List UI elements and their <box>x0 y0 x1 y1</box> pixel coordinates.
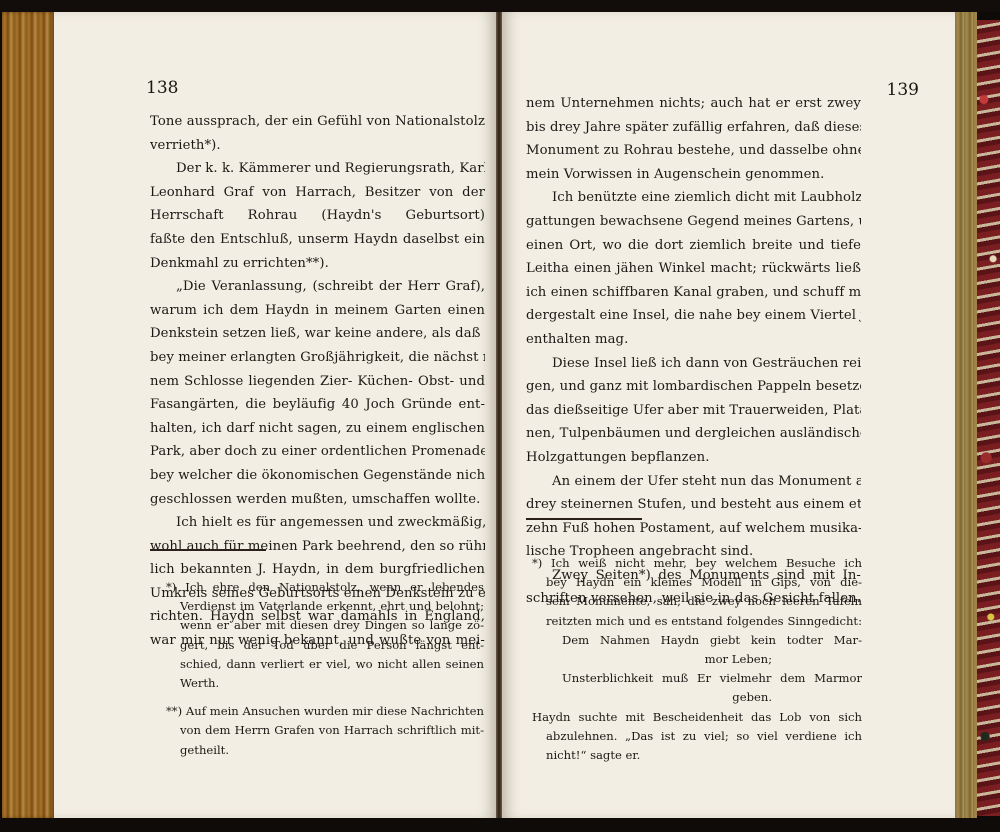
text-line: wohl auch für meinen Park beehrend, den … <box>150 535 485 559</box>
footnote-rule <box>526 518 642 520</box>
right-page: 139 nem Unternehmen nichts; auch hat er … <box>502 12 955 818</box>
text-line: nen, Tulpenbäumen und dergleichen auslän… <box>526 422 861 446</box>
marbled-cover-edge <box>977 20 1000 816</box>
text-line: nem Unternehmen nichts; auch hat er erst… <box>526 92 861 116</box>
right-page-edges <box>955 12 977 818</box>
footnote-line: Verdienst im Vaterlande erkennt, ehrt un… <box>166 597 484 616</box>
text-line: Park, aber doch zu einer ordentlichen Pr… <box>150 440 485 464</box>
text-line: Tone aussprach, der ein Gefühl von Natio… <box>150 110 485 134</box>
text-line: gen, und ganz mit lombardischen Pappeln … <box>526 375 861 399</box>
left-page: 138 Tone aussprach, der ein Gefühl von N… <box>54 12 496 818</box>
poem-line: Dem Nahmen Haydn giebt kein todter Mar- <box>532 631 862 650</box>
footnote-line: reitzten mich und es entstand folgendes … <box>532 612 862 631</box>
text-line: „Die Veranlassung, (schreibt der Herr Gr… <box>150 275 485 299</box>
right-footnotes: *) Ich weiß nicht mehr, bey welchem Besu… <box>532 554 862 774</box>
bottom-shadow <box>0 818 1000 832</box>
text-line: Herrschaft Rohrau (Haydn's Geburtsort) <box>150 204 485 228</box>
footnote-line: gert, bis der Tod über die Person längst… <box>166 636 484 655</box>
text-line: Denkstein setzen ließ, war keine andere,… <box>150 322 485 346</box>
text-line: geschlossen werden mußten, umschaffen wo… <box>150 488 485 512</box>
footnote-line: bey Haydn ein kleines Modell in Gips, vo… <box>532 573 862 592</box>
footnote: *) Ich weiß nicht mehr, bey welchem Besu… <box>532 554 862 765</box>
text-line: Holzgattungen bepflanzen. <box>526 446 861 470</box>
text-line: An einem der Ufer steht nun das Monument… <box>526 470 861 494</box>
left-footnotes: *) Ich ehre den Nationalstolz, wenn er l… <box>166 578 484 769</box>
text-line: bis drey Jahre später zufällig erfahren,… <box>526 116 861 140</box>
text-line: mein Vorwissen in Augenschein genommen. <box>526 163 861 187</box>
text-line: einen Ort, wo die dort ziemlich breite u… <box>526 234 861 258</box>
footnote-rule <box>150 549 266 551</box>
text-line: ich einen schiffbaren Kanal graben, und … <box>526 281 861 305</box>
footnote-line: *) Ich weiß nicht mehr, bey welchem Besu… <box>532 554 862 573</box>
footnote-line: Haydn suchte mit Bescheidenheit das Lob … <box>532 708 862 727</box>
footnote-line: schied, dann verliert er viel, wo nicht … <box>166 655 484 674</box>
text-line: Ich hielt es für angemessen und zweckmäß… <box>150 511 485 535</box>
text-line: das dießseitige Ufer aber mit Trauerweid… <box>526 399 861 423</box>
text-line: Monument zu Rohrau bestehe, und dasselbe… <box>526 139 861 163</box>
text-line: Leitha einen jähen Winkel macht; rückwär… <box>526 257 861 281</box>
text-line: bey welcher die ökonomischen Gegenstände… <box>150 464 485 488</box>
open-book: 138 Tone aussprach, der ein Gefühl von N… <box>0 0 1000 832</box>
footnote-line: wenn er aber mit diesen drey Dingen so l… <box>166 616 484 635</box>
footnote-line: sem Monumente, sah; die zwey noch leeren… <box>532 592 862 611</box>
text-line: Denkmahl zu errichten**). <box>150 252 485 276</box>
text-line: dergestalt eine Insel, die nahe bey eine… <box>526 304 861 328</box>
footnote-line: **) Auf mein Ansuchen wurden mir diese N… <box>166 702 484 721</box>
footnote-line: getheilt. <box>166 741 484 760</box>
text-line: nem Schlosse liegenden Zier- Küchen- Obs… <box>150 370 485 394</box>
text-line: Der k. k. Kämmerer und Regierungsrath, K… <box>150 157 485 181</box>
footnote-line: Werth. <box>166 674 484 693</box>
footnote: **) Auf mein Ansuchen wurden mir diese N… <box>166 702 484 760</box>
text-line: Leonhard Graf von Harrach, Besitzer von … <box>150 181 485 205</box>
text-line: gattungen bewachsene Gegend meines Garte… <box>526 210 861 234</box>
text-line: halten, ich darf nicht sagen, zu einem e… <box>150 417 485 441</box>
text-line: Ich benützte eine ziemlich dicht mit Lau… <box>526 186 861 210</box>
right-page-body: nem Unternehmen nichts; auch hat er erst… <box>526 92 861 611</box>
text-line: Diese Insel ließ ich dann von Gesträuche… <box>526 352 861 376</box>
footnote-line: von dem Herrn Grafen von Harrach schrift… <box>166 721 484 740</box>
left-cover-edge <box>2 12 54 818</box>
text-line: bey meiner erlangten Großjährigkeit, die… <box>150 346 485 370</box>
text-line: faßte den Entschluß, unserm Haydn daselb… <box>150 228 485 252</box>
footnote: *) Ich ehre den Nationalstolz, wenn er l… <box>166 578 484 693</box>
footnote-line: abzulehnen. „Das ist zu viel; so viel ve… <box>532 727 862 746</box>
text-line: Fasangärten, die beyläufig 40 Joch Gründ… <box>150 393 485 417</box>
left-page-body: Tone aussprach, der ein Gefühl von Natio… <box>150 110 485 653</box>
footnote-line: nicht!“ sagte er. <box>532 746 862 765</box>
text-line: drey steinernen Stufen, und besteht aus … <box>526 493 861 517</box>
text-line: warum ich dem Haydn in meinem Garten ein… <box>150 299 485 323</box>
top-shadow <box>0 0 1000 12</box>
text-line: enthalten mag. <box>526 328 861 352</box>
page-number-left: 138 <box>146 78 178 98</box>
text-line: verrieth*). <box>150 134 485 158</box>
text-line: zehn Fuß hohen Postament, auf welchem mu… <box>526 517 861 541</box>
poem-line: geben. <box>532 688 862 707</box>
poem-line: Unsterblichkeit muß Er vielmehr dem Marm… <box>532 669 862 688</box>
footnote-line: *) Ich ehre den Nationalstolz, wenn er l… <box>166 578 484 597</box>
page-number-right: 139 <box>887 80 919 100</box>
poem-line: mor Leben; <box>532 650 862 669</box>
